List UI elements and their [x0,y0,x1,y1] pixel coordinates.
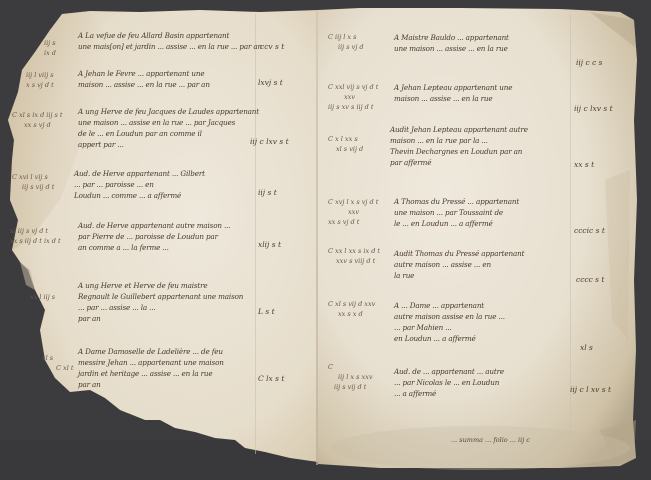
margin-note: iij l viij s x s vj d t [26,70,54,90]
entry-amount: lxvj s t [258,78,283,87]
register-entry: A Maistre Bauldo ... appartenant une mai… [394,32,509,54]
entry-amount: L s t [258,307,275,316]
page-total-note: ... summa ... folio ... iij c [451,436,530,444]
register-entry: A Jehan Lepteau appartenant une maison .… [394,82,512,104]
margin-note: C iij l x s xxv iij s vij d t [328,362,373,392]
margin-note: C xvi l vij s iij s vij d t [12,172,54,192]
register-entry: Audit Jehan Lepteau appartenant autre ma… [390,124,528,168]
register-entry: Aud. de Herve appartenant ... Gilbert ..… [74,168,205,201]
register-entry: Aud. de Herve appartenant autre maison .… [78,220,230,253]
margin-note: C xx l xx s ix d t xxv s viij d t [328,246,380,266]
entry-amount: cccic s t [574,226,605,235]
register-entry: Audit Thomas du Pressé appartenant autre… [394,248,524,281]
entry-amount: iij c c s [576,58,603,67]
margin-note: C xl s vij d xxv xx s x d [328,299,375,319]
margin-note: C xxl vij s vj d t xxv iij s xv s iij d … [328,82,378,112]
register-entry: A Jehan le Fevre ... appartenant une mai… [78,68,210,90]
margin-note: xl s C xl t [42,353,73,373]
margin-note: C iij l x s iij s vj d [328,32,364,52]
margin-note: iij s ix d [44,38,56,58]
margin-note: xl iij s vj d t xx s iij d t ix d t [10,226,61,246]
entry-amount: xl s [580,343,593,352]
left-ruled-line [255,14,256,454]
entry-amount: iij c lxv s t [250,137,289,146]
entry-amount: C lx s t [258,374,284,383]
entry-amount: iij c l xv s t [570,385,611,394]
entry-amount: xlij s t [258,240,281,249]
register-entry: A ung Herve et Herve de feu maistre Regn… [78,280,243,324]
entry-amount: cccc s t [576,275,604,284]
margin-note: xx l iij s [30,292,55,302]
entry-amount: ccv s t [260,42,284,51]
entry-amount: iij s t [258,188,277,197]
register-entry: A Thomas du Pressé ... appartenant une m… [394,196,519,229]
book-gutter [316,10,318,465]
register-entry: A ... Dame ... appartenant autre maison … [394,300,505,344]
entry-amount: iij c lxv s t [574,104,613,113]
register-entry: A La vefue de feu Allard Basin appartena… [78,30,262,52]
register-entry: A ung Herve de feu Jacques de Laudes app… [78,106,259,150]
margin-note: C xl s ix d iij s t xx s vj d [12,110,63,130]
entry-amount: xx s t [574,160,594,169]
margin-note: C xvj l x s vj d t xxv xx s vj d t [328,197,378,227]
register-entry: Aud. de ... appartenant ... autre ... pa… [394,366,504,399]
register-entry: A Dame Damoselle de Ladelière ... de feu… [78,346,224,390]
margin-note: C x l xx s xl s vij d [328,134,363,154]
